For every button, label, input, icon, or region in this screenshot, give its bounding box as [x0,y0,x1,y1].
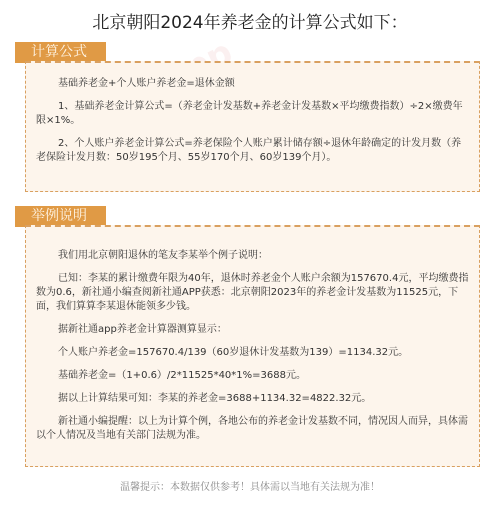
paragraph: 据新社通app养老金计算器测算显示： [36,323,469,337]
paragraph: 已知：李某的累计缴费年限为40年，退休时养老金个人账户余额为157670.4元，… [36,272,469,314]
example-box: 我们用北京朝阳退休的笔友李某举个例子说明： 已知：李某的累计缴费年限为40年，退… [25,225,480,467]
paragraph: 1、基础养老金计算公式=（养老金计发基数+养老金计发基数×平均缴费指数）÷2×缴… [36,100,469,128]
paragraph: 2、个人账户养老金计算公式=养老保险个人账户累计储存额÷退休年龄确定的计发月数（… [36,137,469,165]
section-tab-example: 举例说明 [15,206,106,227]
page-title: 北京朝阳2024年养老金的计算公式如下： [0,8,500,33]
paragraph: 据以上计算结果可知：李某的养老金=3688+1134.32=4822.32元。 [36,392,469,406]
paragraph: 个人账户养老金=157670.4/139（60岁退休计发基数为139）=1134… [36,346,469,360]
paragraph: 我们用北京朝阳退休的笔友李某举个例子说明： [36,249,469,263]
footer-note: 温馨提示：本数据仅供参考！具体需以当地有关法规为准！ [0,478,500,493]
paragraph: 新社通小编提醒：以上为计算个例，各地公布的养老金计发基数不同，情况因人而异，具体… [36,415,469,443]
formula-box: 基础养老金+个人账户养老金=退休金额 1、基础养老金计算公式=（养老金计发基数+… [25,61,480,192]
paragraph: 基础养老金=（1+0.6）/2*11525*40*1%=3688元。 [36,369,469,383]
section-tab-formula: 计算公式 [15,42,106,63]
paragraph: 基础养老金+个人账户养老金=退休金额 [36,77,469,91]
